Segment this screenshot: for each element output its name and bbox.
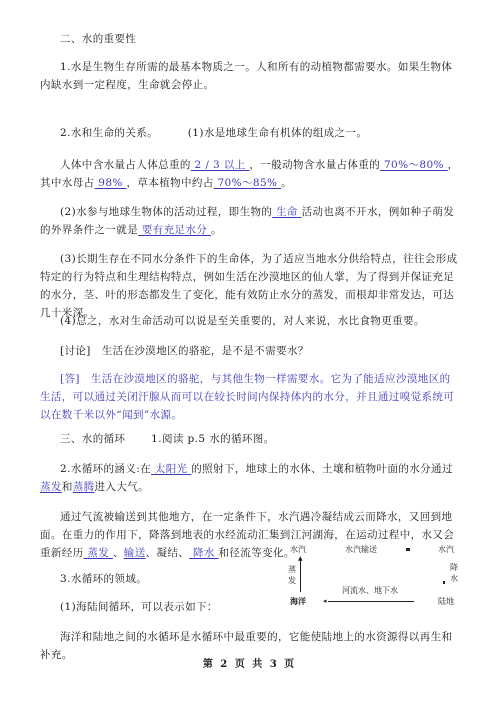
paragraph-cycle-meaning: 2.水循环的涵义:在 太阳光 的照射下，地球上的水体、土壤和植物叶面的水分通过蒸… bbox=[40, 460, 460, 496]
text: ，草本植物中约占 bbox=[127, 177, 214, 189]
answer-blank: 生命 bbox=[272, 206, 301, 218]
relation-item-1: (1)水是地球生命有机体的组成之一。 bbox=[162, 127, 368, 139]
discussion-answer: [答] 生活在沙漠地区的骆驼，与其他生物一样需要水。它为了能适应沙漠地区的生活，… bbox=[40, 370, 460, 424]
arrow-left-icon: ◂ bbox=[323, 597, 327, 605]
diagram-label-vapor-right: 水汽 bbox=[438, 544, 454, 555]
diagram-label-evaporation: 蒸发 bbox=[288, 564, 297, 586]
answer-blank: 蒸腾 bbox=[73, 481, 95, 493]
document-page: 二、水的重要性 1.水是生物生存所需的最基本物质之一。人和所有的动植物都需要水。… bbox=[0, 0, 499, 705]
text: 。 bbox=[281, 177, 292, 189]
answer-blank: 蒸发 bbox=[40, 481, 62, 493]
text: 和 bbox=[62, 481, 73, 493]
evaporation-arrow bbox=[300, 558, 301, 592]
text: 人体中含水量占人体总重的 bbox=[60, 159, 191, 171]
arrow-down-icon bbox=[443, 581, 445, 584]
paragraph-summary: (4)总之，水对生命活动可以说是至关重要的，对人来说，水比食物更重要。 bbox=[40, 312, 460, 330]
heading-item: 1.阅读 p.5 水的循环图。 bbox=[129, 433, 274, 445]
answer-blank: 70%～85% bbox=[214, 177, 281, 189]
text: 、凝结、 bbox=[146, 547, 190, 559]
diagram-label-vapor-transport: 水汽输送 bbox=[345, 544, 377, 555]
answer-blank: 输送 bbox=[124, 547, 146, 559]
discussion-question: [讨论] 生活在沙漠地区的骆驼，是不是不需要水？ bbox=[40, 342, 460, 360]
text: 2.水循环的涵义:在 bbox=[60, 463, 151, 475]
diagram-label-vapor-left: 水汽 bbox=[290, 544, 306, 555]
text: ，一般动物含水量占体重的 bbox=[249, 159, 380, 171]
paragraph-life-activity: (2)水参与地球生物体的活动过程，即生物的 生命 活动也离不开水，例如种子萌发的… bbox=[40, 203, 460, 239]
diagram-label-runoff: 河流水、地下水 bbox=[342, 585, 398, 596]
arrow-head-icon bbox=[406, 548, 410, 551]
answer-blank: 70%～80% bbox=[380, 159, 447, 171]
text: 进入大气。 bbox=[95, 481, 150, 493]
water-cycle-diagram: 水汽 水汽输送 水汽 蒸发 ▲ 降水 河流水、地下水 ◂ 海洋 陆地 bbox=[270, 540, 470, 615]
paragraph-2: 2.水和生命的关系。 (1)水是地球生命有机体的组成之一。 bbox=[40, 124, 460, 142]
section-heading-importance: 二、水的重要性 bbox=[40, 30, 460, 48]
arrow-up-icon: ▲ bbox=[298, 555, 303, 562]
answer-blank: 蒸发 bbox=[84, 547, 113, 559]
answer-blank: 降水 bbox=[189, 547, 218, 559]
text: 。 bbox=[211, 224, 222, 236]
text: 的照射下，地球上的水体、土壤和植物叶面的水分通过 bbox=[191, 463, 453, 475]
relation-heading: 2.水和生命的关系。 bbox=[60, 127, 158, 139]
diagram-label-precipitation: 降水 bbox=[450, 562, 459, 584]
answer-blank: 2 / 3 以上 bbox=[191, 159, 250, 171]
diagram-label-land: 陆地 bbox=[438, 596, 454, 607]
answer-blank: 要有充足水分 bbox=[138, 224, 211, 236]
paragraph-1: 1.水是生物生存所需的最基本物质之一。人和所有的动植物都需要水。如果生物体内缺水… bbox=[40, 58, 460, 94]
paragraph-water-content: 人体中含水量占人体总重的 2 / 3 以上 ，一般动物含水量占体重的 70%～8… bbox=[40, 156, 460, 192]
heading-text: 二、水的重要性 bbox=[40, 33, 136, 45]
paragraph-cycle-domain: 3.水循环的领域。 bbox=[40, 570, 260, 588]
answer-blank: 太阳光 bbox=[151, 463, 191, 475]
heading-text: 三、水的循环 bbox=[60, 433, 125, 445]
text: 、 bbox=[113, 547, 124, 559]
runoff-arrow bbox=[328, 601, 414, 602]
paragraph-sea-land-cycle: (1)海陆间循环，可以表示如下： bbox=[40, 598, 260, 616]
section-heading-cycle: 三、水的循环 1.阅读 p.5 水的循环图。 bbox=[40, 430, 460, 448]
text: (2)水参与地球生物体的活动过程，即生物的 bbox=[60, 206, 272, 218]
diagram-label-ocean: 海洋 bbox=[290, 596, 306, 607]
page-footer: 第 2 页 共 3 页 bbox=[0, 655, 499, 670]
answer-blank: 98% bbox=[95, 177, 127, 189]
